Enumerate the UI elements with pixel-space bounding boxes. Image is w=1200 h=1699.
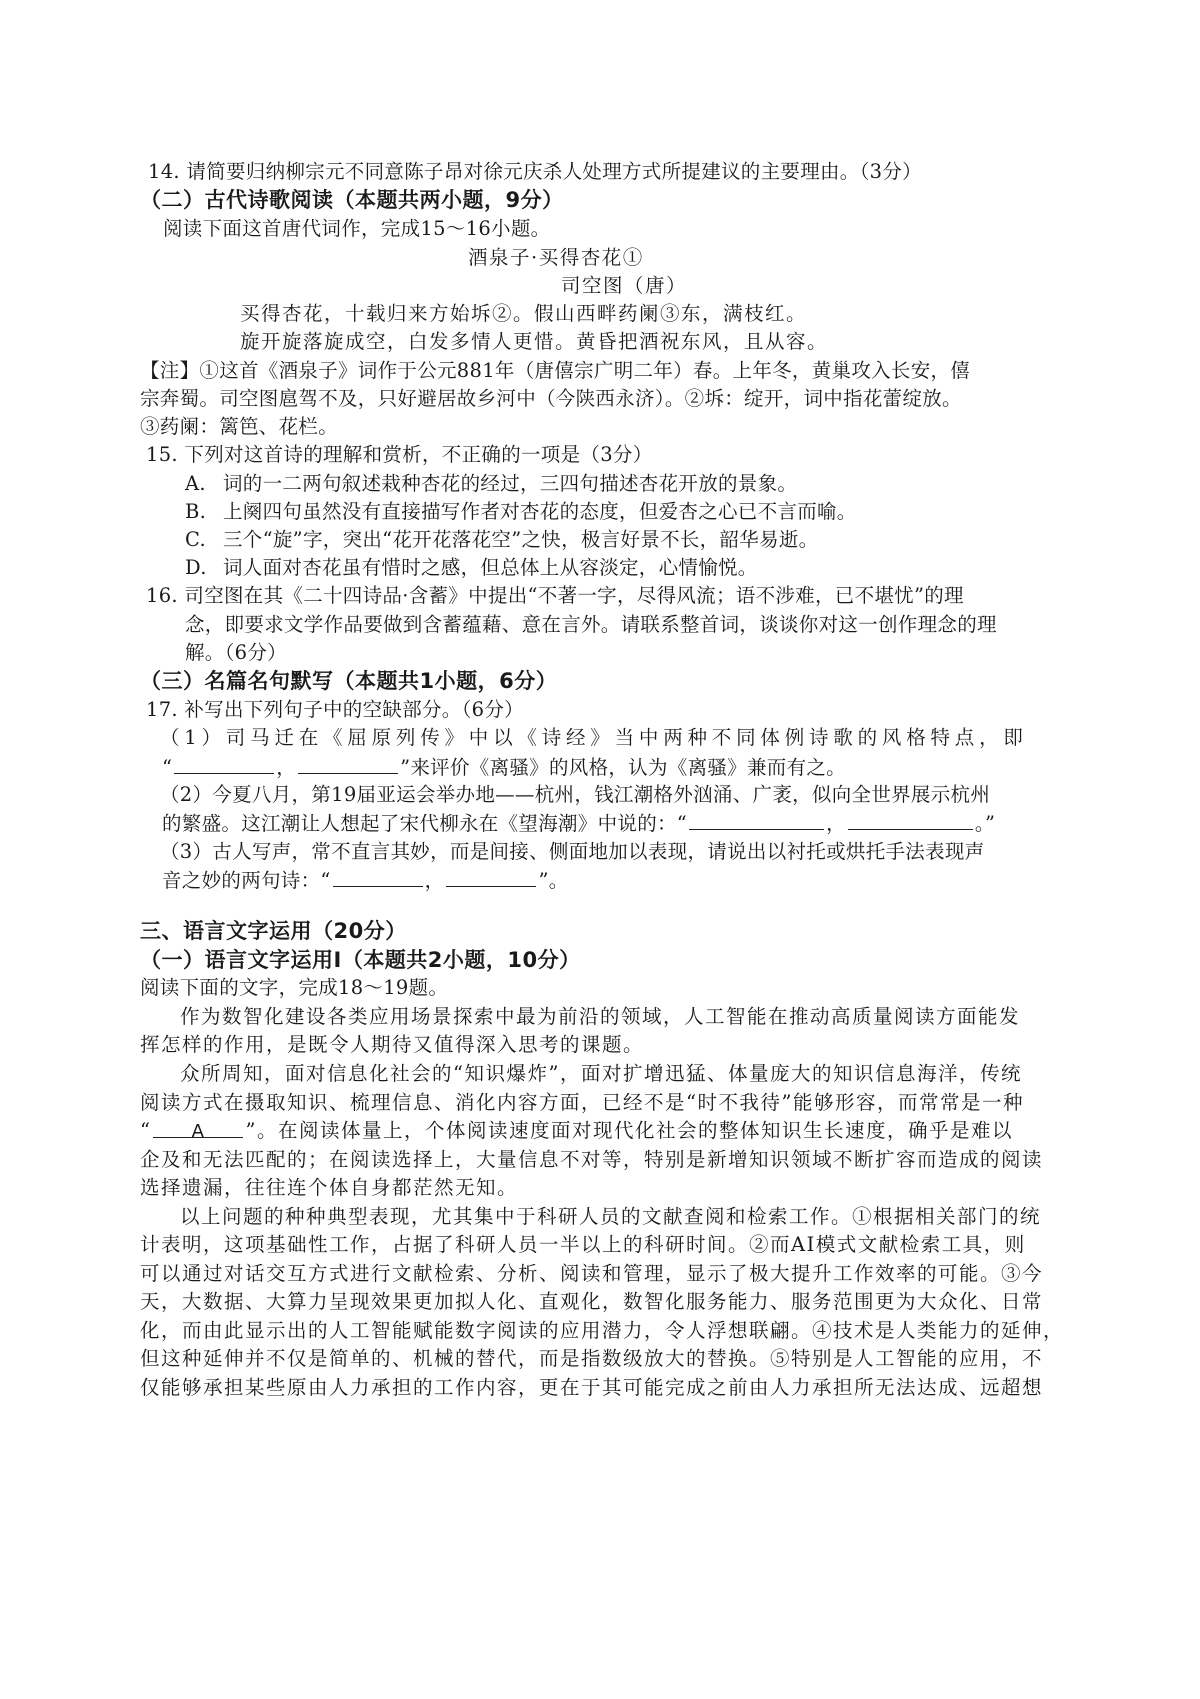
exam-page: 14. 请简要归纳柳宗元不同意陈子昂对徐元庆杀人处理方式所提建议的主要理由。（3…: [0, 0, 1200, 1699]
option-text: 上阕四句虽然没有直接描写作者对杏花的态度，但爱杏之心已不言而喻。: [223, 500, 857, 523]
separator: ，: [425, 869, 445, 892]
question-17-stem: 17. 补写出下列句子中的空缺部分。（6分）: [146, 696, 524, 724]
part-3-heading: 三、语言文字运用（20分）: [140, 917, 407, 945]
q17-item-1-line-1: （1）司马迁在《屈原列传》中以《诗经》当中两种不同体例诗歌的风格特点，即: [160, 724, 1028, 752]
separator: ，: [276, 756, 296, 779]
q17-item-1-line-2: “，”来评价《离骚》的风格，认为《离骚》兼而有之。: [162, 753, 846, 782]
para-2-line-4: 企及和无法匹配的；在阅读选择上，大量信息不对等，特别是新增知识领域不断扩容而造成…: [140, 1146, 1043, 1174]
section-heading-recitation: （三）名篇名句默写（本题共1小题，6分）: [140, 667, 557, 695]
poem-note-line-3: ③药阑：篱笆、花栏。: [140, 413, 338, 441]
para-2-line-2: 阅读方式在摄取知识、梳理信息、消化内容方面，已经不是“时不我待”能够形容，而常常…: [140, 1089, 1024, 1117]
para-1-line-1: 作为数智化建设各类应用场景探索中最为前沿的领域，人工智能在推动高质量阅读方面能发: [180, 1003, 1020, 1031]
option-text: 词人面对杏花虽有惜时之感，但总体上从容淡定，心情愉悦。: [223, 556, 758, 579]
q17-item-2-line-1: （2）今夏八月，第19届亚运会举办地——杭州，钱江潮格外汹涌、广袤，似向全世界展…: [160, 781, 990, 809]
q17-item-3-line-2: 音之妙的两句诗：“，”。: [162, 866, 569, 895]
section-heading-language-use: （一）语言文字运用Ⅰ（本题共2小题，10分）: [140, 946, 581, 974]
option-b: B.上阕四句虽然没有直接描写作者对杏花的态度，但爱杏之心已不言而喻。: [185, 498, 857, 526]
option-label: B.: [185, 498, 223, 526]
option-label: C.: [185, 526, 223, 554]
para-3-line-3: 可以通过对话交互方式进行文献检索、分析、阅读和管理，显示了极大提升工作效率的可能…: [140, 1260, 1043, 1288]
question-14: 14. 请简要归纳柳宗元不同意陈子昂对徐元庆杀人处理方式所提建议的主要理由。（3…: [148, 158, 922, 186]
poem-author: 司空图（唐）: [561, 272, 687, 300]
q17-item-3-prefix: 音之妙的两句诗：“: [162, 869, 331, 892]
poem-line-1: 买得杏花，十载归来方始坼②。假山西畔药阑③东，满枝红。: [240, 300, 807, 328]
question-16-line-2: 念，即要求文学作品要做到含蓄蕴藉、意在言外。请联系整首词，谈谈你对这一创作理念的…: [185, 611, 997, 639]
question-16-line-1: 16. 司空图在其《二十四诗品·含蓄》中提出“不著一字，尽得风流；语不涉难，已不…: [146, 582, 964, 610]
para-3-line-4: 天，大数据、大算力呈现效果更加拟人化、直观化，数智化服务能力、服务范围更为大众化…: [140, 1288, 1043, 1316]
poem-note-line-1: 【注】①这首《酒泉子》词作于公元881年（唐僖宗广明二年）春。上年冬，黄巢攻入长…: [140, 357, 970, 385]
q17-item-3-line-1: （3）古人写声，常不直言其妙，而是间接、侧面地加以表现，请说出以衬托或烘托手法表…: [160, 838, 985, 866]
q17-item-2-prefix: 的繁盛。这江潮让人想起了宋代柳永在《望海潮》中说的：“: [162, 812, 687, 835]
question-16-line-3: 解。（6分）: [185, 639, 287, 667]
option-label: D.: [185, 554, 223, 582]
para-3-line-6: 但这种延伸并不仅是简单的、机械的替代，而是指数级放大的替换。⑤特别是人工智能的应…: [140, 1345, 1043, 1373]
answer-blank-2a[interactable]: [689, 809, 824, 830]
poetry-intro: 阅读下面这首唐代词作，完成15～16小题。: [163, 215, 550, 243]
answer-blank-a[interactable]: A: [153, 1117, 243, 1138]
language-intro: 阅读下面的文字，完成18～19题。: [140, 974, 448, 1002]
para-2-line-3-rest: ”。在阅读体量上，个体阅读速度面对现代化社会的整体知识生长速度，确乎是难以: [245, 1119, 1012, 1142]
option-d: D.词人面对杏花虽有惜时之感，但总体上从容淡定，心情愉悦。: [185, 554, 758, 582]
para-1-line-2: 挥怎样的作用，是既令人期待又值得深入思考的课题。: [140, 1031, 644, 1059]
option-label: A.: [185, 470, 223, 498]
separator: ，: [826, 812, 846, 835]
section-heading-poetry: （二）古代诗歌阅读（本题共两小题，9分）: [140, 186, 564, 214]
answer-blank-3b[interactable]: [446, 866, 536, 887]
option-c: C.三个“旋”字，突出“花开花落花空”之快，极言好景不长，韶华易逝。: [185, 526, 818, 554]
poem-note-line-2: 宗奔蜀。司空图扈驾不及，只好避居故乡河中（今陕西永济）。②坼：绽开，词中指花蕾绽…: [140, 385, 962, 413]
para-3-line-2: 计表明，这项基础性工作，占据了科研人员一半以上的科研时间。②而AI模式文献检索工…: [140, 1231, 1026, 1259]
poem-title: 酒泉子·买得杏花①: [468, 244, 644, 272]
blank-label: A: [192, 1121, 206, 1142]
para-3-line-5: 化，而由此显示出的人工智能赋能数字阅读的应用潜力，令人浮想联翩。④技术是人类能力…: [140, 1317, 1064, 1345]
answer-blank-1a[interactable]: [174, 753, 274, 774]
option-text: 三个“旋”字，突出“花开花落花空”之快，极言好景不长，韶华易逝。: [223, 528, 818, 551]
para-2-line-3: “A”。在阅读体量上，个体阅读速度面对现代化社会的整体知识生长速度，确乎是难以: [140, 1117, 1013, 1145]
question-15-stem: 15. 下列对这首诗的理解和赏析，不正确的一项是（3分）: [146, 441, 653, 469]
option-text: 词的一二两句叙述栽种杏花的经过，三四句描述杏花开放的景象。: [223, 472, 797, 495]
answer-blank-2b[interactable]: [848, 809, 973, 830]
close-quote: 。”: [975, 812, 995, 835]
para-2-line-5: 选择遗漏，往往连个体自身都茫然无知。: [140, 1174, 518, 1202]
open-quote: “: [162, 756, 172, 779]
option-a: A.词的一二两句叙述栽种杏花的经过，三四句描述杏花开放的景象。: [185, 470, 797, 498]
para-3-line-7: 仅能够承担某些原由人力承担的工作内容，更在于其可能完成之前由人力承担所无法达成、…: [140, 1374, 1043, 1402]
close-quote: ”。: [538, 869, 568, 892]
answer-blank-3a[interactable]: [333, 866, 423, 887]
answer-blank-1b[interactable]: [298, 753, 398, 774]
open-quote: “: [140, 1119, 151, 1142]
q17-item-1-rest: ”来评价《离骚》的风格，认为《离骚》兼而有之。: [400, 756, 846, 779]
para-3-line-1: 以上问题的种种典型表现，尤其集中于科研人员的文献查阅和检索工作。①根据相关部门的…: [180, 1203, 1041, 1231]
para-2-line-1: 众所周知，面对信息化社会的“知识爆炸”，面对扩增迅猛、体量庞大的知识信息海洋，传…: [180, 1060, 1022, 1088]
poem-line-2: 旋开旋落旋成空，白发多情人更惜。黄昏把酒祝东风，且从容。: [240, 328, 828, 356]
q17-item-2-line-2: 的繁盛。这江潮让人想起了宋代柳永在《望海潮》中说的：“，。”: [162, 809, 995, 838]
